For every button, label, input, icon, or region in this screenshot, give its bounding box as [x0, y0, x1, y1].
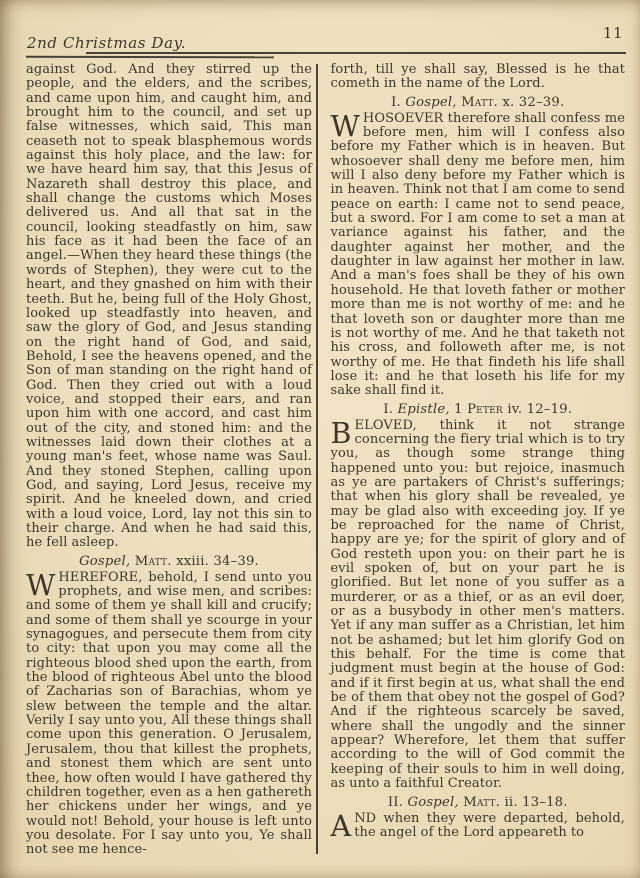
section-heading-gospel-matt-2: II. Gospel, Matt. ii. 13–18.	[331, 795, 626, 810]
left-column: against God. And they stirred up the peo…	[26, 63, 312, 858]
text-columns: against God. And they stirred up the peo…	[26, 63, 625, 858]
paragraph-and-when: AND when they were departed, behold, the…	[331, 812, 626, 841]
right-column: forth, till ye shall say, Blessed is he …	[331, 63, 626, 840]
header-rule-left-segment	[26, 56, 274, 58]
paragraph-beloved: BELOVED, think it not strange concerning…	[331, 419, 626, 792]
column-divider-rule	[316, 64, 318, 854]
section-heading-gospel-matt-10: I. Gospel, Matt. x. 32–39.	[331, 95, 626, 110]
paragraph-text: HEREFORE, behold, I send unto you prophe…	[26, 570, 312, 858]
page-number: 11	[603, 24, 623, 42]
heading-reference: x. 32–39.	[502, 95, 564, 110]
paragraph-text: ND when they were departed, behold, the …	[354, 811, 625, 840]
section-heading-gospel-matt-23: Gospel, Matt. xxiii. 34–39.	[26, 554, 312, 569]
drop-cap: W	[331, 112, 363, 138]
paragraph-whosoever: WHOSOEVER therefore shall confess me bef…	[331, 112, 626, 399]
heading-title: Gospel,	[407, 795, 458, 810]
paragraph-text: ELOVED, think it not strange concerning …	[331, 418, 626, 792]
heading-reference: ii. 13–18.	[504, 795, 567, 810]
header-rule-right-segment	[86, 52, 626, 54]
heading-reference: iv. 12–19.	[507, 402, 572, 417]
heading-title: Epistle,	[398, 402, 450, 417]
section-heading-epistle-1peter: I. Epistle, 1 Peter iv. 12–19.	[331, 402, 626, 417]
drop-cap: B	[331, 419, 355, 445]
drop-cap: W	[26, 571, 58, 597]
heading-book: Matt.	[135, 554, 172, 569]
heading-title: Gospel,	[405, 95, 456, 110]
heading-book: 1 Peter	[454, 402, 503, 417]
paragraph-continuation: against God. And they stirred up the peo…	[26, 63, 312, 551]
heading-book: Matt.	[461, 95, 498, 110]
heading-number: II.	[388, 795, 403, 810]
heading-number: I.	[391, 95, 401, 110]
running-header-title: 2nd Christmas Day.	[27, 34, 186, 52]
paragraph-continuation: forth, till ye shall say, Blessed is he …	[331, 63, 626, 92]
heading-book: Matt.	[463, 795, 500, 810]
paragraph-wherefore: WHEREFORE, behold, I send unto you proph…	[26, 571, 312, 858]
paragraph-text: HOSOEVER therefore shall confess me befo…	[331, 111, 626, 399]
heading-number: I.	[383, 402, 393, 417]
book-page: 2nd Christmas Day. 11 against God. And t…	[0, 0, 640, 878]
drop-cap: A	[331, 812, 355, 838]
heading-title: Gospel,	[79, 554, 130, 569]
heading-reference: xxiii. 34–39.	[176, 554, 259, 569]
